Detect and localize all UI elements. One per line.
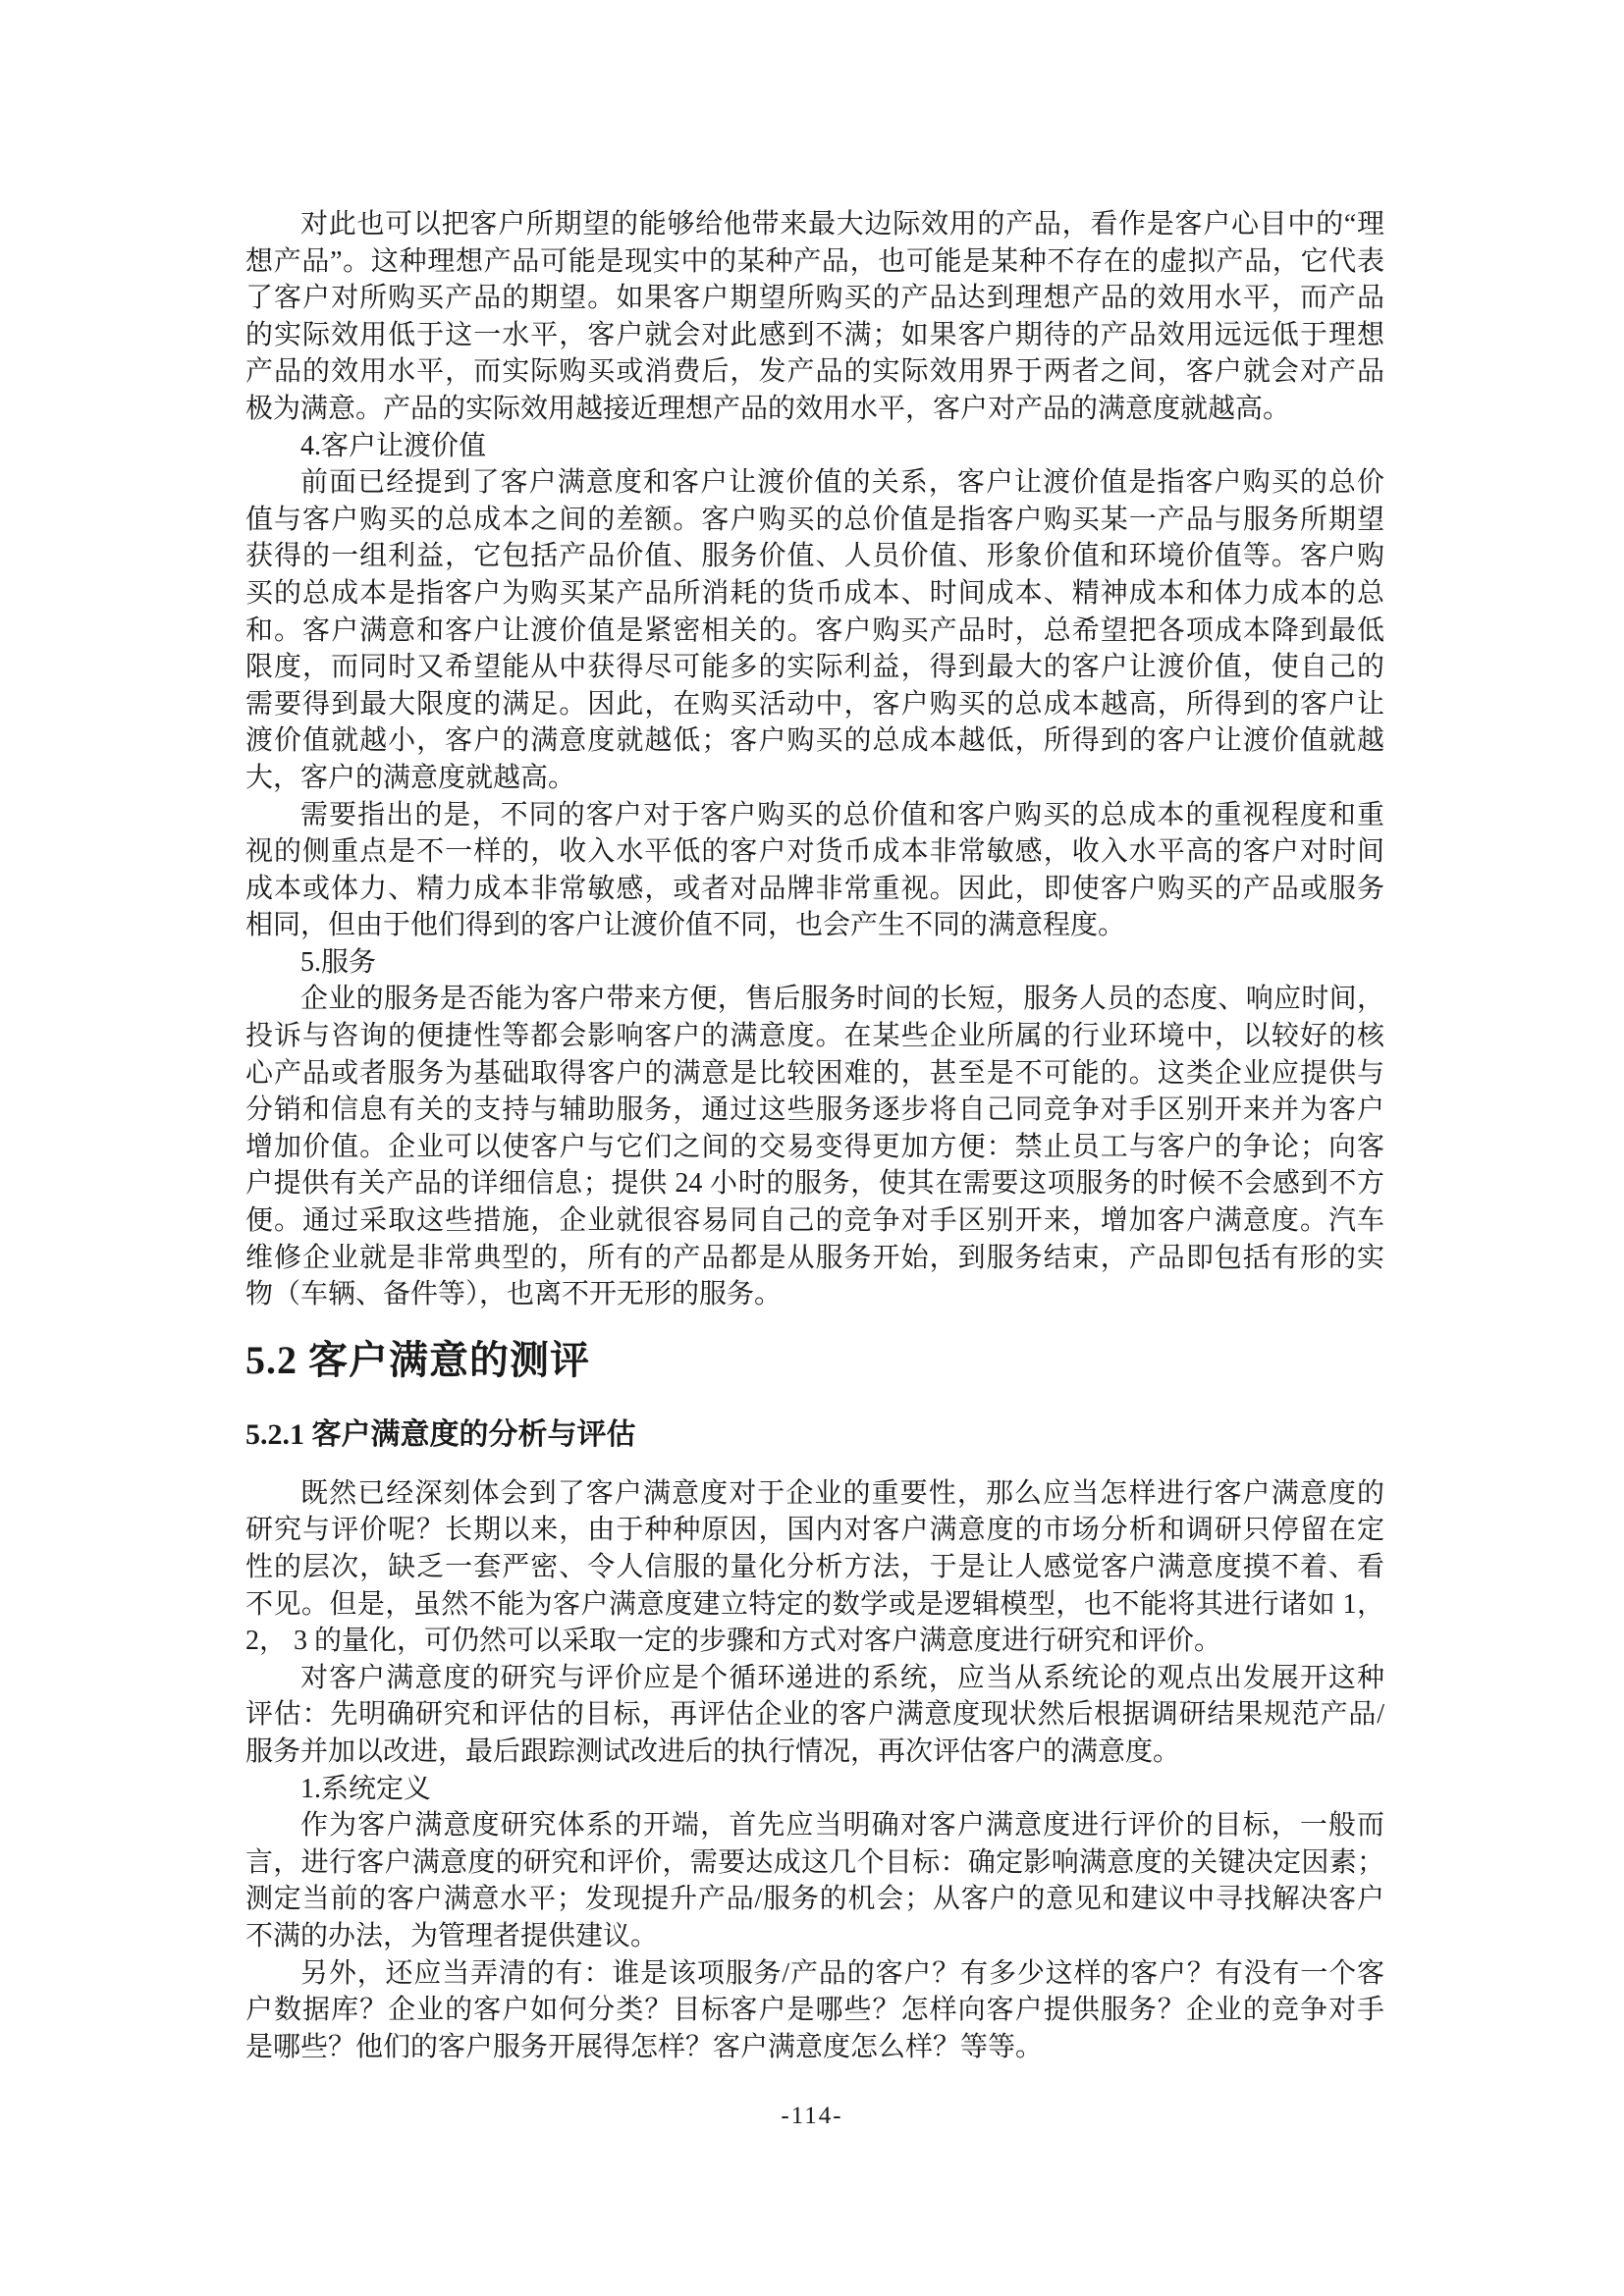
text-line: 前面已经提到了客户满意度和客户让渡价值的关系，客户让渡价值是指客户购买的总价 (245, 464, 1384, 502)
text-line: 了客户对所购买产品的期望。如果客户期望所购买的产品达到理想产品的效用水平，而产品 (245, 280, 1384, 317)
text-line: 需要指出的是，不同的客户对于客户购买的总价值和客户购买的总成本的重视程度和重 (245, 797, 1384, 834)
text-line: 企业的服务是否能为客户带来方便，售后服务时间的长短，服务人员的态度、响应时间， (245, 981, 1384, 1018)
text-line: 既然已经深刻体会到了客户满意度对于企业的重要性，那么应当怎样进行客户满意度的 (245, 1475, 1384, 1513)
text-line: 另外，还应当弄清的有：谁是该项服务/产品的客户？有多少这样的客户？有没有一个客 (245, 1955, 1384, 1993)
text-line: 极为满意。产品的实际效用越接近理想产品的效用水平，客户对产品的满意度就越高。 (245, 391, 1384, 428)
text-line: 物（车辆、备件等），也离不开无形的服务。 (245, 1276, 1384, 1313)
item-heading-1-system-definition: 1.系统定义 (245, 1771, 1384, 1808)
subsection-heading-5-2-1: 5.2.1 客户满意度的分析与评估 (245, 1417, 1384, 1453)
text-line: 获得的一组利益，它包括产品价值、服务价值、人员价值、形象价值和环境价值等。客户购 (245, 538, 1384, 575)
paragraph-ideal-product: 对此也可以把客户所期望的能够给他带来最大边际效用的产品，看作是客户心目中的“理想… (245, 206, 1384, 428)
text-line: 户数据库？企业的客户如何分类？目标客户是哪些？怎样向客户提供服务？企业的竞争对手 (245, 1992, 1384, 2029)
text-line: 维修企业就是非常典型的，所有的产品都是从服务开始，到服务结束，产品即包括有形的实 (245, 1240, 1384, 1277)
text-line: 视的侧重点是不一样的，收入水平低的客户对货币成本非常敏感，收入水平高的客户对时间 (245, 833, 1384, 871)
document-page: 对此也可以把客户所期望的能够给他带来最大边际效用的产品，看作是客户心目中的“理想… (0, 0, 1624, 2296)
text-line: 户提供有关产品的详细信息；提供 24 小时的服务，使其在需要这项服务的时候不会感… (245, 1165, 1384, 1202)
text-line: 想产品”。这种理想产品可能是现实中的某种产品，也可能是某种不存在的虚拟产品，它代… (245, 243, 1384, 281)
item-heading-5-service: 5.服务 (245, 944, 1384, 982)
text-line: 心产品或者服务为基础取得客户的满意是比较困难的，甚至是不可能的。这类企业应提供与 (245, 1055, 1384, 1093)
paragraph-analysis-intro: 既然已经深刻体会到了客户满意度对于企业的重要性，那么应当怎样进行客户满意度的研究… (245, 1475, 1384, 1660)
section-heading-5-2: 5.2 客户满意的测评 (245, 1337, 1384, 1384)
text-line: 值与客户购买的总成本之间的差额。客户购买的总价值是指客户购买某一产品与服务所期望 (245, 502, 1384, 539)
paragraph-system-definition: 作为客户满意度研究体系的开端，首先应当明确对客户满意度进行评价的目标，一般而言，… (245, 1807, 1384, 1954)
text-line: 研究与评价呢？长期以来，由于种种原因，国内对客户满意度的市场分析和调研只停留在定 (245, 1512, 1384, 1549)
text-line: 和。客户满意和客户让渡价值是紧密相关的。客户购买产品时，总希望把各项成本降到最低 (245, 613, 1384, 650)
text-line: 便。通过采取这些措施，企业就很容易同自己的竞争对手区别开来，增加客户满意度。汽车 (245, 1202, 1384, 1240)
text-line: 是哪些？他们的客户服务开展得怎样？客户满意度怎么样？等等。 (245, 2029, 1384, 2066)
paragraph-evaluation-cycle: 对客户满意度的研究与评价应是个循环递进的系统，应当从系统论的观点出发展开这种评估… (245, 1660, 1384, 1771)
item-heading-4-customer-delivered-value: 4.客户让渡价值 (245, 428, 1384, 465)
text-line: 评估：先明确研究和评估的目标，再评估企业的客户满意度现状然后根据调研结果规范产品… (245, 1696, 1384, 1734)
text-line: 不见。但是，虽然不能为客户满意度建立特定的数学或是逻辑模型，也不能将其进行诸如 … (245, 1586, 1384, 1624)
text-line: 2， 3 的量化，可仍然可以采取一定的步骤和方式对客户满意度进行研究和评价。 (245, 1623, 1384, 1660)
text-line: 需要得到最大限度的满足。因此，在购买活动中，客户购买的总成本越高，所得到的客户让 (245, 686, 1384, 723)
text-line: 大，客户的满意度就越高。 (245, 760, 1384, 797)
paragraph-delivered-value: 前面已经提到了客户满意度和客户让渡价值的关系，客户让渡价值是指客户购买的总价值与… (245, 464, 1384, 796)
paragraph-clarify-questions: 另外，还应当弄清的有：谁是该项服务/产品的客户？有多少这样的客户？有没有一个客户… (245, 1955, 1384, 2066)
text-line: 买的总成本是指客户为购买某产品所消耗的货币成本、时间成本、精神成本和体力成本的总 (245, 575, 1384, 613)
text-line: 增加价值。企业可以使客户与它们之间的交易变得更加方便：禁止员工与客户的争论；向客 (245, 1129, 1384, 1166)
text-line: 言，进行客户满意度的研究和评价，需要达成这几个目标：确定影响满意度的关键决定因素… (245, 1844, 1384, 1882)
text-line: 对客户满意度的研究与评价应是个循环递进的系统，应当从系统论的观点出发展开这种 (245, 1660, 1384, 1697)
text-line: 相同，但由于他们得到的客户让渡价值不同，也会产生不同的满意程度。 (245, 907, 1384, 944)
text-line: 测定当前的客户满意水平；发现提升产品/服务的机会；从客户的意见和建议中寻找解决客… (245, 1881, 1384, 1918)
text-line: 对此也可以把客户所期望的能够给他带来最大边际效用的产品，看作是客户心目中的“理 (245, 206, 1384, 243)
text-line: 成本或体力、精力成本非常敏感，或者对品牌非常重视。因此，即使客户购买的产品或服务 (245, 871, 1384, 908)
text-line: 作为客户满意度研究体系的开端，首先应当明确对客户满意度进行评价的目标，一般而 (245, 1807, 1384, 1844)
text-line: 投诉与咨询的便捷性等都会影响客户的满意度。在某些企业所属的行业环境中，以较好的核 (245, 1018, 1384, 1055)
text-line: 渡价值就越小，客户的满意度就越低；客户购买的总成本越低，所得到的客户让渡价值就越 (245, 722, 1384, 760)
paragraph-service: 企业的服务是否能为客户带来方便，售后服务时间的长短，服务人员的态度、响应时间，投… (245, 981, 1384, 1312)
paragraph-customer-differences: 需要指出的是，不同的客户对于客户购买的总价值和客户购买的总成本的重视程度和重视的… (245, 797, 1384, 944)
text-line: 的实际效用低于这一水平，客户就会对此感到不满；如果客户期待的产品效用远远低于理想 (245, 317, 1384, 354)
text-line: 产品的效用水平，而实际购买或消费后，发产品的实际效用界于两者之间，客户就会对产品 (245, 353, 1384, 391)
text-line: 服务并加以改进，最后跟踪测试改进后的执行情况，再次评估客户的满意度。 (245, 1734, 1384, 1771)
text-line: 限度，而同时又希望能从中获得尽可能多的实际利益，得到最大的客户让渡价值，使自己的 (245, 649, 1384, 686)
text-line: 不满的办法，为管理者提供建议。 (245, 1918, 1384, 1955)
text-line: 性的层次，缺乏一套严密、令人信服的量化分析方法，于是让人感觉客户满意度摸不着、看 (245, 1549, 1384, 1586)
text-line: 分销和信息有关的支持与辅助服务，通过这些服务逐步将自己同竞争对手区别开来并为客户 (245, 1092, 1384, 1129)
page-number: -114- (0, 2103, 1624, 2130)
page-body-text: 对此也可以把客户所期望的能够给他带来最大边际效用的产品，看作是客户心目中的“理想… (245, 206, 1384, 2065)
